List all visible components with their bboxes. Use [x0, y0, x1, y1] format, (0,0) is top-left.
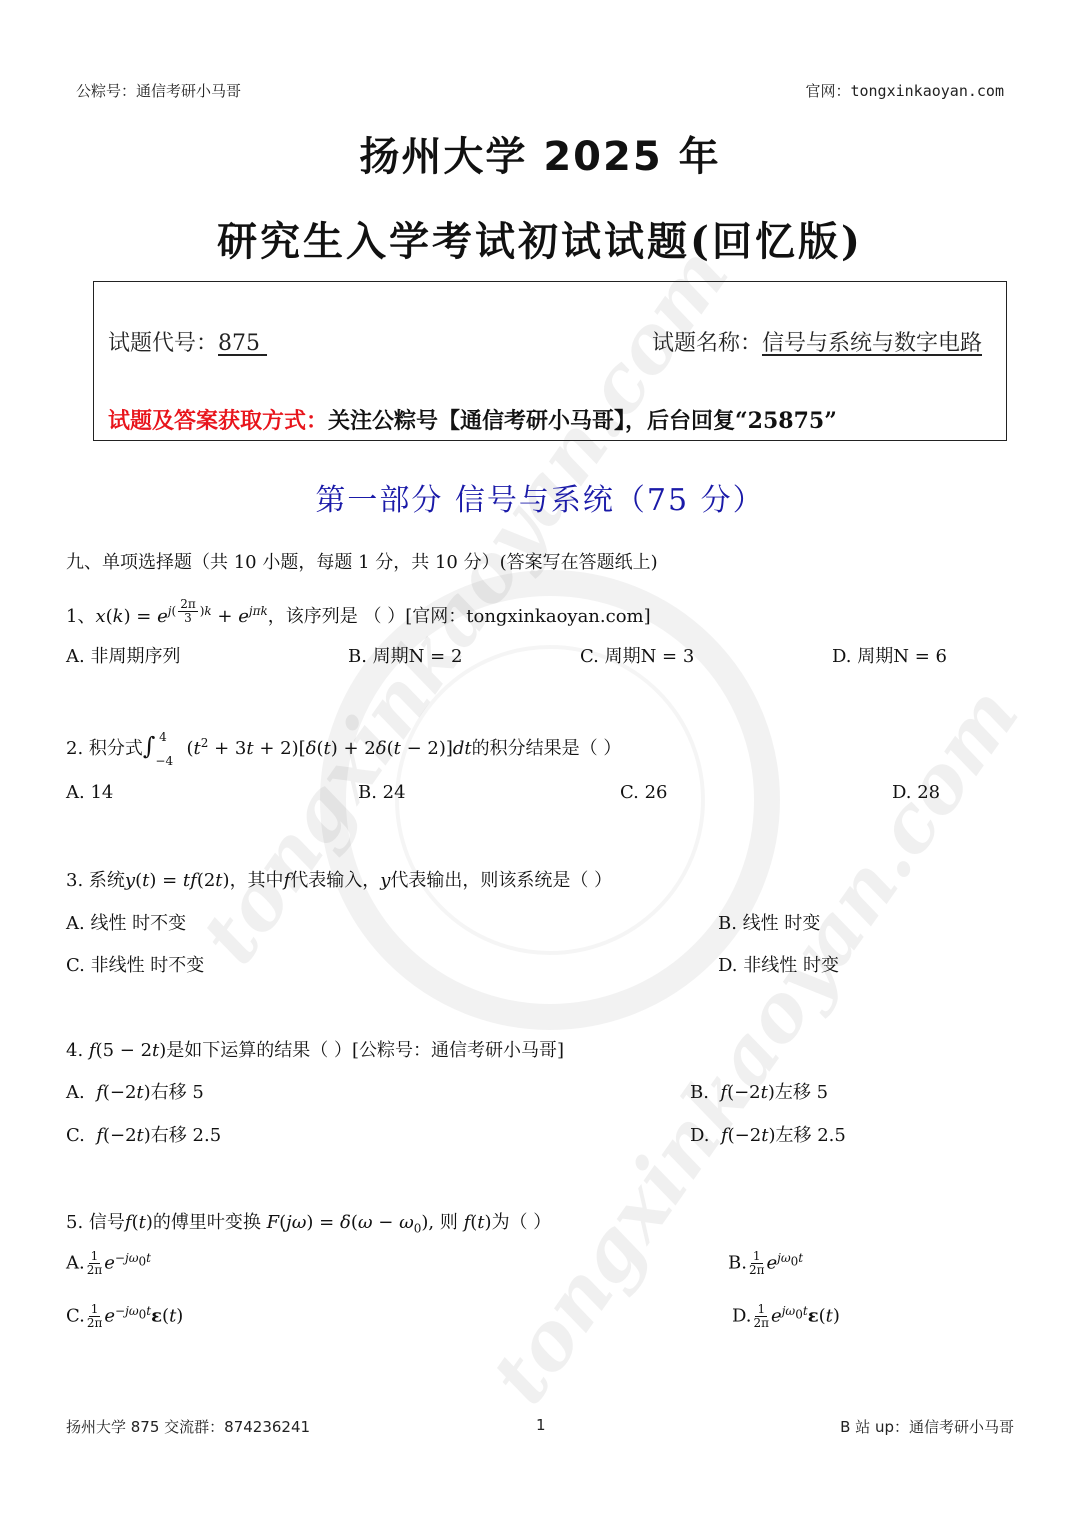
footer-right: B 站 up：通信考研小马哥	[840, 1416, 1014, 1437]
question-3: 3. 系统y(t) = tf(2t)，其中f代表输入，y代表输出，则该系统是（ …	[66, 866, 612, 892]
footer-left: 扬州大学 875 交流群：874236241	[66, 1416, 310, 1437]
title-line-2: 研究生入学考试初试试题(回忆版)	[0, 210, 1080, 267]
header-left: 公粽号：通信考研小马哥	[76, 80, 241, 101]
exam-name: 试题名称：信号与系统与数字电路	[652, 326, 982, 357]
q3-option-b: B. 线性 时变	[718, 909, 820, 935]
title-line-1: 扬州大学 2025 年	[0, 125, 1080, 182]
exam-name-value: 信号与系统与数字电路	[762, 331, 982, 356]
q1-option-a: A. 非周期序列	[66, 642, 180, 668]
q3-option-d: D. 非线性 时变	[718, 951, 839, 977]
q2-option-a: A. 14	[66, 782, 113, 803]
access-label: 试题及答案获取方式：	[108, 408, 328, 434]
q5-option-b: B.12πejω0t	[728, 1250, 803, 1277]
q5-option-d: D.12πejω0tε(t)	[732, 1303, 840, 1330]
page-number: 1	[536, 1416, 546, 1434]
exam-code: 试题代号：875	[108, 326, 267, 357]
question-2: 2. 积分式∫−44 (t2 + 3t + 2)[δ(t) + 2δ(t − 2…	[66, 732, 621, 762]
q3-option-a: A. 线性 时不变	[66, 909, 186, 935]
q2-option-b: B. 24	[358, 782, 406, 803]
q1-option-b: B. 周期N = 2	[348, 642, 462, 668]
q1-option-c: C. 周期N = 3	[580, 642, 694, 668]
question-1: 1、x(k) = ej(2π3)k + ejπk，该序列是 （ ）[官网：ton…	[66, 598, 651, 628]
q4-option-a: A. f(−2t)右移 5	[66, 1078, 204, 1104]
section-heading: 九、单项选择题（共 10 小题，每题 1 分，共 10 分）(答案写在答题纸上)	[66, 548, 658, 574]
q2-option-c: C. 26	[620, 782, 667, 803]
q4-option-d: D. f(−2t)左移 2.5	[690, 1121, 846, 1147]
question-4: 4. f(5 − 2t)是如下运算的结果（ ）[公粽号：通信考研小马哥]	[66, 1036, 564, 1062]
q5-option-c: C.12πe−jω0tε(t)	[66, 1303, 183, 1330]
part-title: 第一部分 信号与系统（75 分）	[0, 475, 1080, 519]
header-right: 官网：tongxinkaoyan.com	[805, 80, 1004, 101]
q2-option-d: D. 28	[892, 782, 940, 803]
access-method: 试题及答案获取方式：关注公粽号【通信考研小马哥】，后台回复“25875”	[108, 404, 837, 435]
question-5: 5. 信号f(t)的傅里叶变换 F(jω) = δ(ω − ω0), 则 f(t…	[66, 1208, 551, 1236]
q4-option-b: B. f(−2t)左移 5	[690, 1078, 828, 1104]
exam-code-value: 875	[218, 331, 260, 356]
q1-option-d: D. 周期N = 6	[832, 642, 947, 668]
q4-option-c: C. f(−2t)右移 2.5	[66, 1121, 221, 1147]
q5-option-a: A.12πe−jω0t	[66, 1250, 151, 1277]
exam-info-box: 试题代号：875 试题名称：信号与系统与数字电路 试题及答案获取方式：关注公粽号…	[93, 281, 1007, 441]
q3-option-c: C. 非线性 时不变	[66, 951, 204, 977]
access-text: 关注公粽号【通信考研小马哥】，后台回复“25875”	[328, 408, 837, 434]
